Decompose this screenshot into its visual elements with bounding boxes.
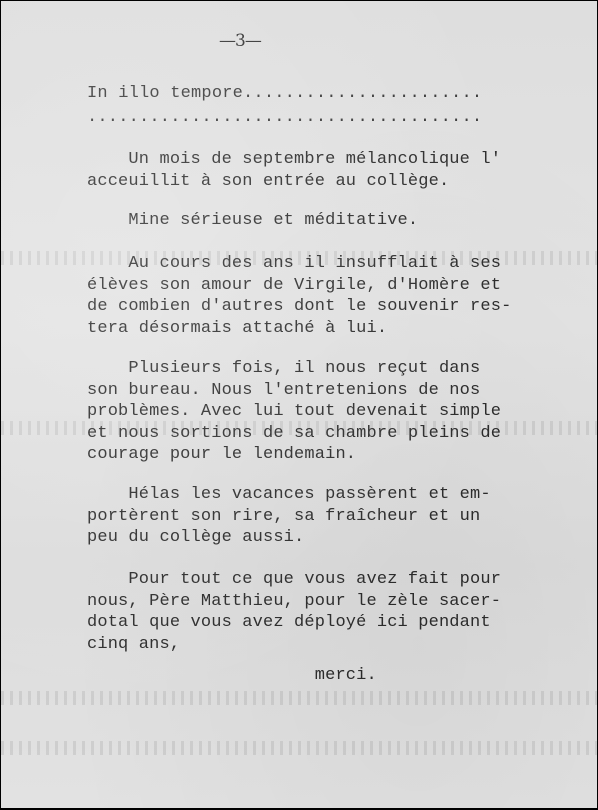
text-line: problèmes. Avec lui tout devenait simple (87, 402, 501, 421)
paragraph: Au cours des ans il insufflait à ses élè… (87, 253, 511, 339)
paragraph: Pour tout ce que vous avez fait pour nou… (87, 569, 501, 655)
text-line: Mine sérieuse et méditative. (87, 211, 418, 230)
signoff: merci. (87, 665, 377, 687)
text-line: et nous sortions de sa chambre pleins de (87, 424, 501, 443)
bleed-through-text (1, 691, 597, 705)
page-number: —3— (219, 31, 261, 51)
text-line: Au cours des ans il insufflait à ses (87, 254, 501, 273)
text-line: Un mois de septembre mélancolique l' (87, 150, 501, 169)
document-page: —3— In illo tempore.....................… (1, 1, 597, 808)
text-line: acceuillit à son entrée au collège. (87, 172, 449, 191)
text-line: tera désormais attaché à lui. (87, 319, 387, 338)
text-line: portèrent son rire, sa fraîcheur et un (87, 507, 480, 526)
paragraph: Mine sérieuse et méditative. (87, 210, 418, 232)
text-line: peu du collège aussi. (87, 528, 304, 547)
dotted-leader: ...................................... (87, 108, 482, 127)
text-line: Plusieurs fois, il nous reçut dans (87, 359, 480, 378)
heading: In illo tempore....................... (87, 84, 482, 103)
text-line: cinq ans, (87, 635, 180, 654)
bleed-through-text (1, 741, 597, 755)
paragraph: Hélas les vacances passèrent et em- port… (87, 484, 491, 549)
paragraph: Plusieurs fois, il nous reçut dans son b… (87, 358, 501, 466)
text-line: dotal que vous avez déployé ici pendant (87, 613, 491, 632)
text-line: courage pour le lendemain. (87, 445, 356, 464)
text-line: de combien d'autres dont le souvenir res… (87, 297, 511, 316)
text-line: Pour tout ce que vous avez fait pour (87, 570, 501, 589)
text-line: Hélas les vacances passèrent et em- (87, 485, 491, 504)
text-line: nous, Père Matthieu, pour le zèle sacer- (87, 592, 501, 611)
paragraph: Un mois de septembre mélancolique l' acc… (87, 149, 501, 192)
text-line: élèves son amour de Virgile, d'Homère et (87, 276, 501, 295)
text-line: son bureau. Nous l'entretenions de nos (87, 381, 480, 400)
